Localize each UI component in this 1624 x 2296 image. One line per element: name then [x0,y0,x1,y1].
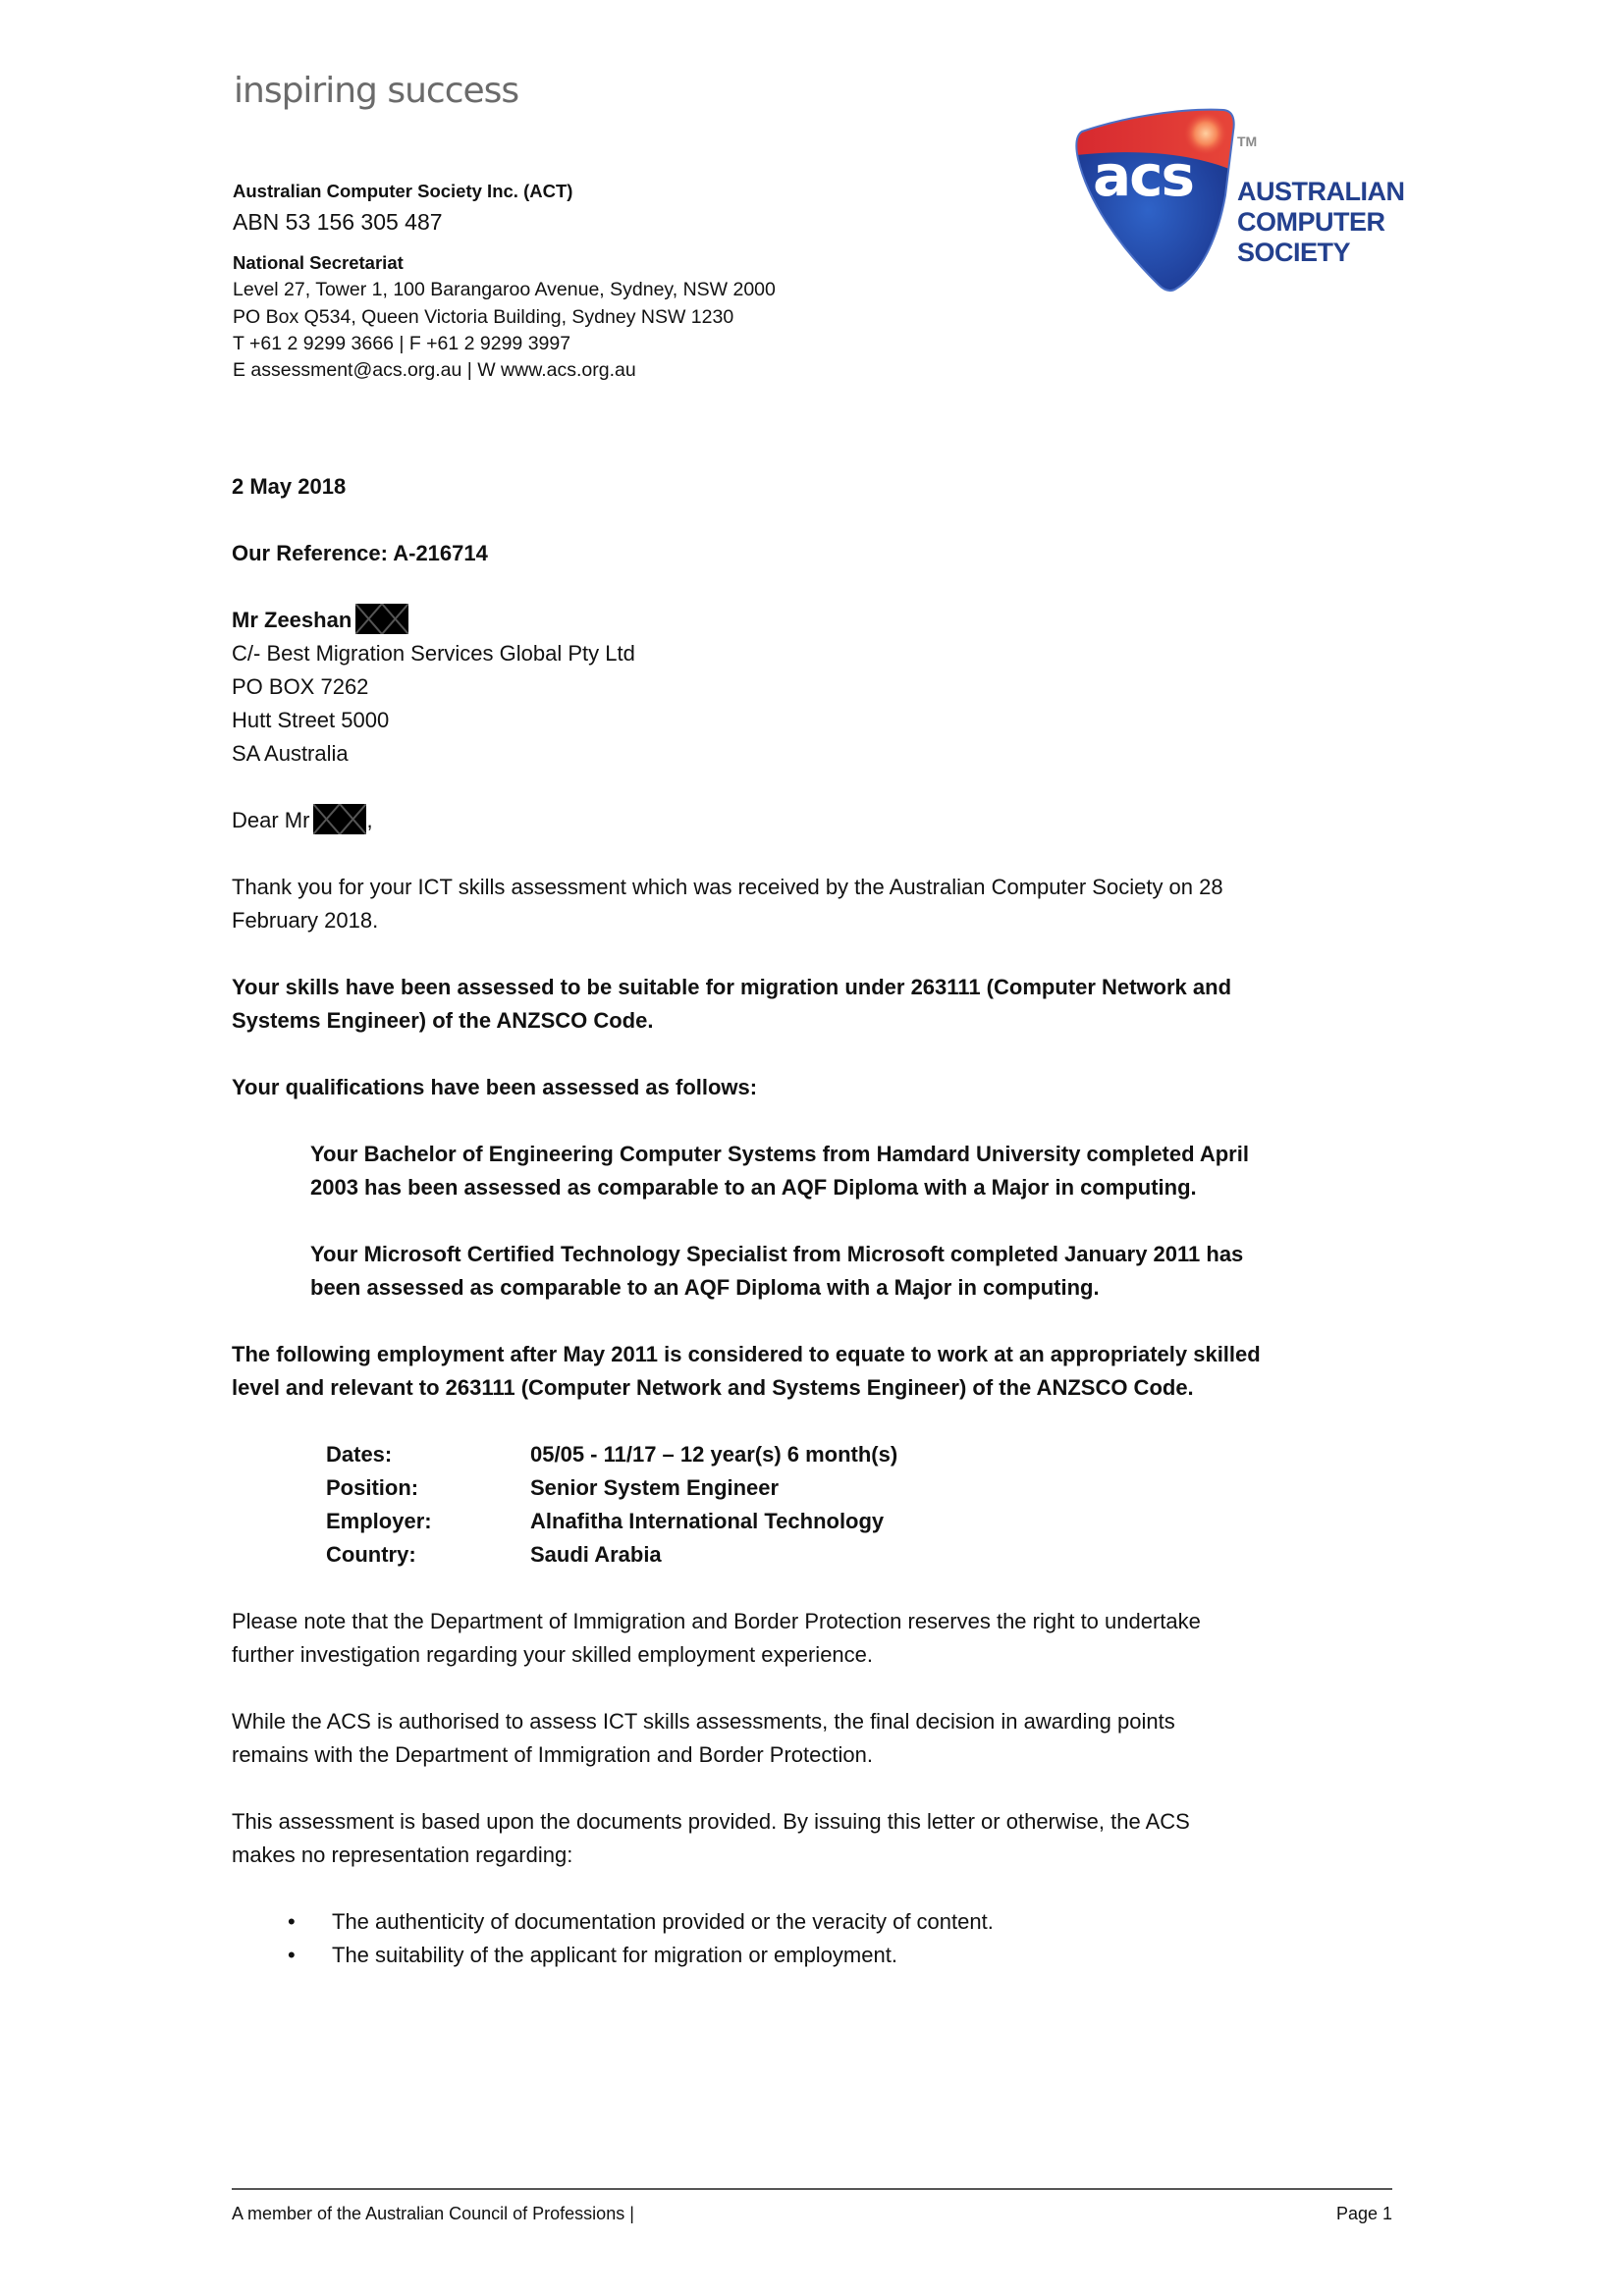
employment-value: Senior System Engineer [530,1471,779,1505]
logo-wordmark-line: AUSTRALIAN [1237,179,1405,205]
qualification-line: Your Microsoft Certified Technology Spec… [232,1238,1400,1271]
intro-paragraph-line: February 2018. [232,904,1400,937]
qualification-line: been assessed as comparable to an AQF Di… [232,1271,1400,1305]
assessment-result-line: Your skills have been assessed to be sui… [232,971,1400,1004]
recipient-address-line: PO BOX 7262 [232,670,1400,704]
office-address-line: Level 27, Tower 1, 100 Barangaroo Avenue… [233,279,776,301]
trademark-symbol: TM [1237,133,1257,149]
salutation: Dear Mr, [232,804,1400,837]
employment-label: Position: [326,1471,530,1505]
assessment-result-line: Systems Engineer) of the ANZSCO Code. [232,1004,1400,1038]
disclaimer-list-item: • The authenticity of documentation prov… [288,1905,1400,1939]
organization-name: Australian Computer Society Inc. (ACT) [233,181,572,202]
authority-paragraph-line: While the ACS is authorised to assess IC… [232,1705,1400,1738]
bullet-icon: • [288,1939,332,1972]
logo-wordmark-line: COMPUTER [1237,209,1385,236]
recipient-address-line: C/- Best Migration Services Global Pty L… [232,637,1400,670]
note-paragraph-line: Please note that the Department of Immig… [232,1605,1400,1638]
employment-position-row: Position: Senior System Engineer [232,1471,1400,1505]
qualification-line: Your Bachelor of Engineering Computer Sy… [232,1138,1400,1171]
recipient-address-line: SA Australia [232,737,1400,771]
employment-heading-line: The following employment after May 2011 … [232,1338,1400,1371]
employment-heading-line: level and relevant to 263111 (Computer N… [232,1371,1400,1405]
recipient-address-line: Hutt Street 5000 [232,704,1400,737]
letter-date: 2 May 2018 [232,470,1400,504]
logo-monogram: acs [1088,147,1198,204]
employment-country-row: Country: Saudi Arabia [232,1538,1400,1572]
footer-divider [232,2188,1392,2190]
disclaimer-paragraph-line: makes no representation regarding: [232,1839,1400,1872]
recipient-name: Mr Zeeshan [232,604,1400,637]
employment-label: Employer: [326,1505,530,1538]
logo-wordmark-line: SOCIETY [1237,240,1350,266]
disclaimer-list-item: • The suitability of the applicant for m… [288,1939,1400,1972]
office-name: National Secretariat [233,252,404,274]
office-contact-line: E assessment@acs.org.au | W www.acs.org.… [233,359,636,382]
page-number: Page 1 [1336,2204,1392,2224]
footer-membership-note: A member of the Australian Council of Pr… [232,2204,634,2224]
reference-number: Our Reference: A-216714 [232,537,1400,570]
disclaimer-list: • The authenticity of documentation prov… [232,1905,1400,1972]
abn: ABN 53 156 305 487 [233,209,443,236]
employment-value: Saudi Arabia [530,1538,662,1572]
intro-paragraph-line: Thank you for your ICT skills assessment… [232,871,1400,904]
bullet-icon: • [288,1905,332,1939]
note-paragraph-line: further investigation regarding your ski… [232,1638,1400,1672]
employment-label: Dates: [326,1438,530,1471]
redacted-surname [355,604,408,634]
authority-paragraph-line: remains with the Department of Immigrati… [232,1738,1400,1772]
tagline: inspiring success [234,71,518,111]
employment-dates-row: Dates: 05/05 - 11/17 – 12 year(s) 6 mont… [232,1438,1400,1471]
qualification-line: 2003 has been assessed as comparable to … [232,1171,1400,1204]
employment-employer-row: Employer: Alnafitha International Techno… [232,1505,1400,1538]
office-phone-line: T +61 2 9299 3666 | F +61 2 9299 3997 [233,333,570,355]
letter-body: 2 May 2018 Our Reference: A-216714 Mr Ze… [232,470,1400,1972]
employment-value: Alnafitha International Technology [530,1505,884,1538]
office-postal-line: PO Box Q534, Queen Victoria Building, Sy… [233,306,733,329]
disclaimer-paragraph-line: This assessment is based upon the docume… [232,1805,1400,1839]
qualifications-heading: Your qualifications have been assessed a… [232,1071,1400,1104]
employment-value: 05/05 - 11/17 – 12 year(s) 6 month(s) [530,1438,897,1471]
employment-label: Country: [326,1538,530,1572]
redacted-surname [313,804,366,834]
